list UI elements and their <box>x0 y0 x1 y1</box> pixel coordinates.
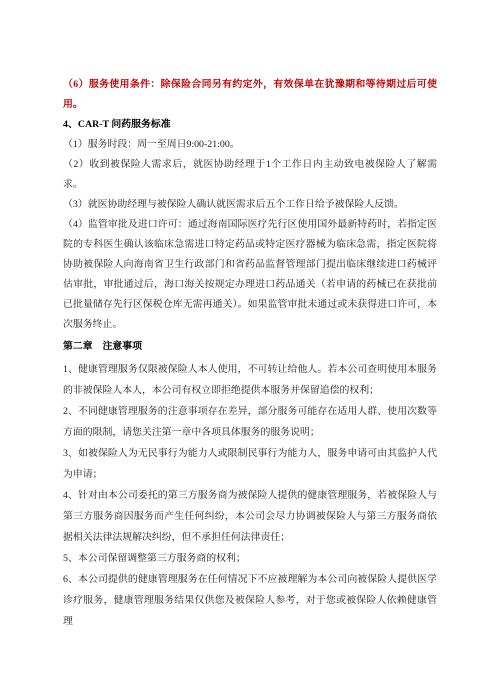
service-item-3: （3）就医协助经理与被保险人确认就医需求后五个工作日给予被保险人反馈。 <box>63 195 437 215</box>
notice-item-5: 5、本公司保留调整第三方服务商的权利； <box>63 548 437 569</box>
chapter-heading: 第二章 注意事项 <box>63 335 437 359</box>
notice-item-2: 2、不同健康管理服务的注意事项存在差异，部分服务可能存在适用人群、使用次数等方面… <box>63 401 437 443</box>
service-item-1: （1）服务时段：周一至周日9:00-21:00。 <box>63 135 437 155</box>
service-item-2: （2）收到被保险人需求后，就医协助经理于1个工作日内主动致电被保险人了解需求。 <box>63 155 437 195</box>
chapter-notes: 1、健康管理服务仅限被保险人本人使用，不可转让给他人。若本公司查明使用本服务的非… <box>63 359 437 632</box>
section-heading: 4、CAR-T 问药服务标准 <box>63 115 437 135</box>
notice-item-4: 4、针对由本公司委托的第三方服务商为被保险人提供的健康管理服务，若被保险人与第三… <box>63 485 437 548</box>
document-page: （6）服务使用条件：除保险合同另有约定外，有效保单在犹豫期和等待期过后可使用。 … <box>0 0 495 700</box>
service-condition-highlight: （6）服务使用条件：除保险合同另有约定外，有效保单在犹豫期和等待期过后可使用。 <box>63 75 437 115</box>
service-item-4: （4）监管审批及进口许可：通过海南国际医疗先行区使用国外最新特药时，若指定医院的… <box>63 215 437 335</box>
notice-item-6: 6、本公司提供的健康管理服务在任何情况下不应被理解为本公司向被保险人提供医学诊疗… <box>63 569 437 632</box>
section-cart-service: （6）服务使用条件：除保险合同另有约定外，有效保单在犹豫期和等待期过后可使用。 … <box>63 75 437 335</box>
notice-item-1: 1、健康管理服务仅限被保险人本人使用，不可转让给他人。若本公司查明使用本服务的非… <box>63 359 437 401</box>
notice-item-3: 3、如被保险人为无民事行为能力人或限制民事行为能力人，服务申请可由其监护人代为申… <box>63 443 437 485</box>
